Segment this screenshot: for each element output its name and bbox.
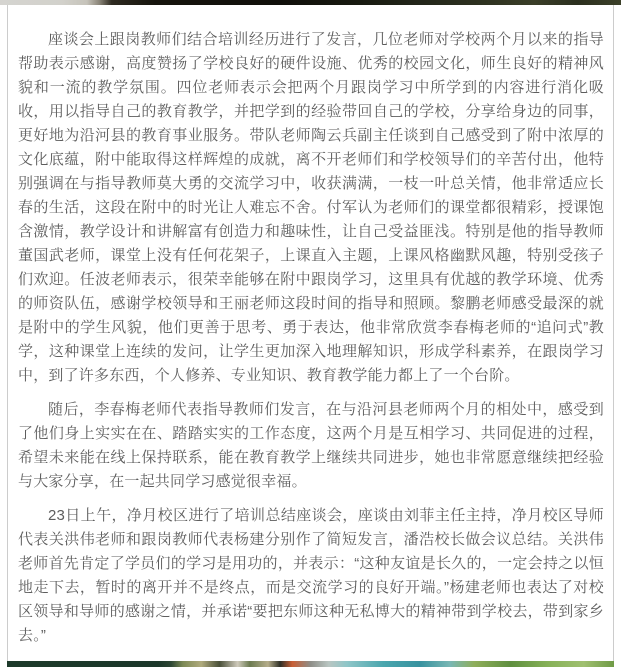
article-paragraph-1: 座谈会上跟岗教师们结合培训经历进行了发言，几位老师对学校两个月以来的指导帮助表示…	[18, 28, 604, 388]
article-paragraph-3: 23日上午，净月校区进行了培训总结座谈会，座谈由刘菲主任主持，净月校区导师代表关…	[18, 504, 604, 648]
article-text-box: 座谈会上跟岗教师们结合培训经历进行了发言，几位老师对学校两个月以来的指导帮助表示…	[7, 5, 614, 661]
article-page: 座谈会上跟岗教师们结合培训经历进行了发言，几位老师对学校两个月以来的指导帮助表示…	[0, 0, 621, 667]
article-paragraph-2: 随后，李春梅老师代表指导教师们发言，在与沿河县老师两个月的相处中，感受到了他们身…	[18, 398, 604, 494]
bottom-photo-edge	[7, 661, 614, 667]
